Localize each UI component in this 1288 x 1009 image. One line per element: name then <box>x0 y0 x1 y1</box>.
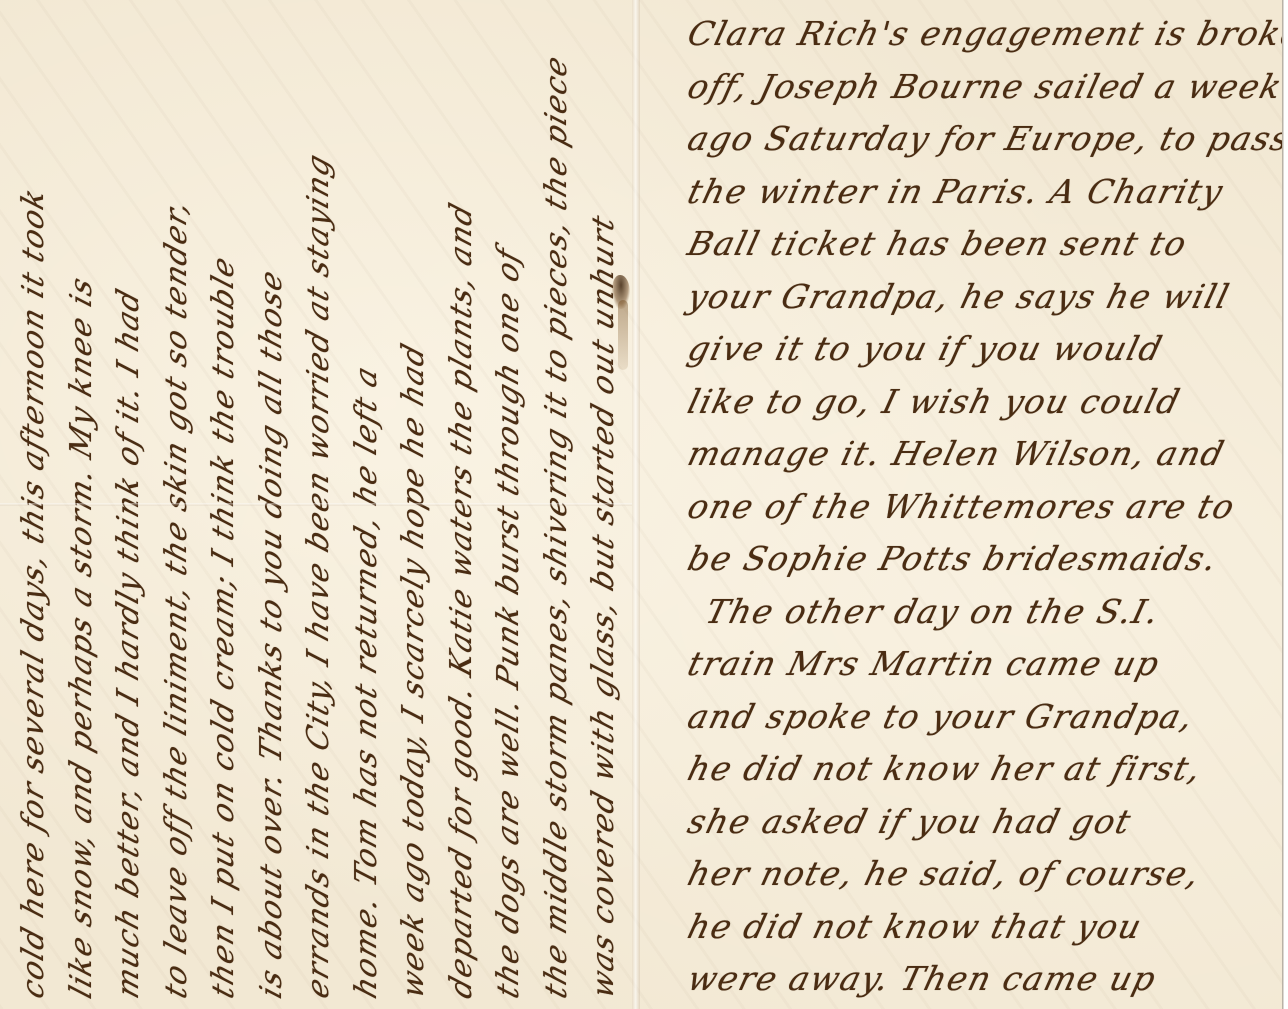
right-line: Ball ticket has been sent to <box>682 218 1282 271</box>
right-line: one of the Whittemores are to <box>682 481 1282 534</box>
letter-sheet: cold here for several days, this afterno… <box>0 0 1288 1009</box>
right-line: he did not know her at first, <box>682 743 1282 796</box>
left-page-rotated-text: cold here for several days, this afterno… <box>0 9 632 1009</box>
right-line: Clara Rich's engagement is broken <box>682 8 1282 61</box>
right-page-text: Clara Rich's engagement is broken off, J… <box>640 0 1282 1006</box>
right-line: train Mrs Martin came up <box>682 638 1282 691</box>
right-line: her note, he said, of course, <box>682 848 1282 901</box>
right-line-paragraph-start: The other day on the S.I. <box>682 586 1282 639</box>
right-line: ago Saturday for Europe, to pass <box>682 113 1282 166</box>
horizontal-fold-crease <box>0 503 632 506</box>
right-line: be Sophie Potts bridesmaids. <box>682 533 1282 586</box>
right-line: manage it. Helen Wilson, and <box>682 428 1282 481</box>
right-line: were away. Then came up <box>682 953 1282 1006</box>
right-line: off, Joseph Bourne sailed a week <box>682 61 1282 114</box>
page-edge <box>1282 0 1288 1009</box>
right-line: your Grandpa, he says he will <box>682 271 1282 324</box>
right-line: he did not know that you <box>682 901 1282 954</box>
right-line: she asked if you had got <box>682 796 1282 849</box>
ink-stain <box>618 300 628 370</box>
right-page: Clara Rich's engagement is broken off, J… <box>640 0 1282 1009</box>
center-fold-crease <box>632 0 640 1009</box>
right-line: and spoke to your Grandpa, <box>682 691 1282 744</box>
right-line: give it to you if you would <box>682 323 1282 376</box>
right-line: like to go, I wish you could <box>682 376 1282 429</box>
right-line: the winter in Paris. A Charity <box>682 166 1282 219</box>
